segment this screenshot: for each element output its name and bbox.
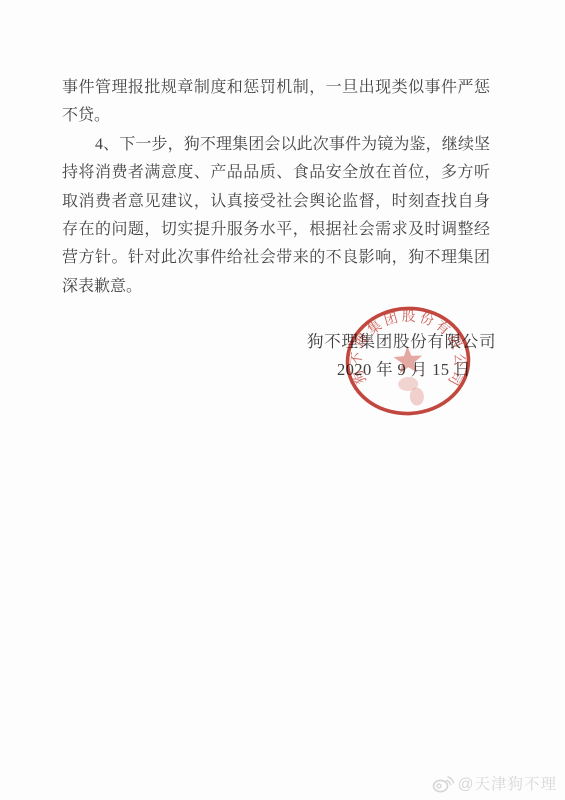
watermark: @天津狗不理 — [431, 772, 557, 794]
body-line: 存在的问题，切实提升服务水平，根据社会需求及时调整经 — [62, 216, 490, 244]
body-line: 营方针。针对此次事件给社会带来的不良影响，狗不理集团 — [62, 244, 490, 272]
body-line: 深表歉意。 — [62, 273, 490, 301]
body-line: 4、下一步，狗不理集团会以此次事件为镜为鉴，继续坚 — [62, 131, 490, 159]
body-line: 不贷。 — [62, 102, 490, 130]
document-body: 事件管理报批规章制度和惩罚机制，一旦出现类似事件严惩 不贷。 4、下一步，狗不理… — [62, 74, 490, 301]
body-line: 取消费者意见建议，认真接受社会舆论监督，时刻查找自身 — [62, 188, 490, 216]
weibo-icon — [431, 772, 455, 794]
body-line: 持将消费者满意度、产品品质、食品安全放在首位，多方听 — [62, 159, 490, 187]
watermark-handle: @天津狗不理 — [458, 772, 557, 794]
seal-star — [393, 345, 423, 374]
official-seal: 狗不理集团股份有限公司 — [340, 301, 476, 422]
body-line: 事件管理报批规章制度和惩罚机制，一旦出现类似事件严惩 — [62, 74, 490, 102]
document-page: 事件管理报批规章制度和惩罚机制，一旦出现类似事件严惩 不贷。 4、下一步，狗不理… — [0, 0, 565, 800]
